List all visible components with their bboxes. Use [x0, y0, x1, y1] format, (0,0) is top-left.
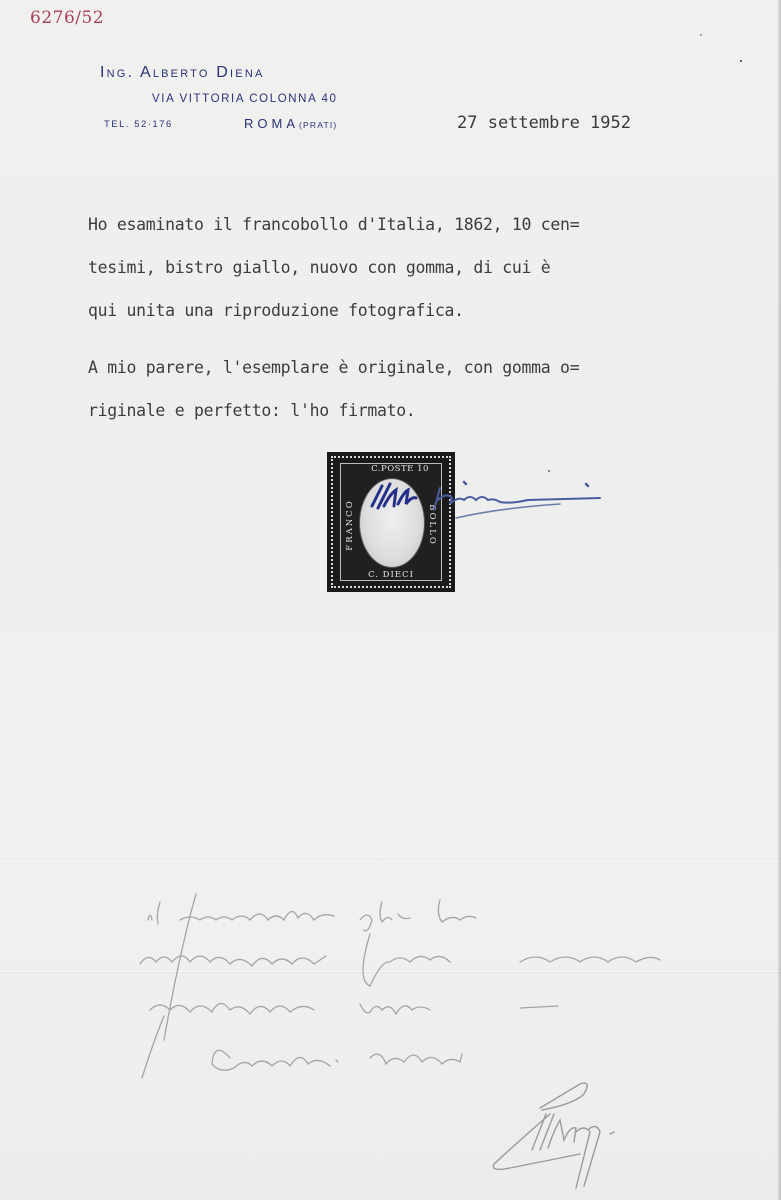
pencil-handwritten-note: il francobollo glie lo	[120, 890, 760, 1090]
paper-speck	[700, 34, 702, 36]
text-line: tesimi, bistro giallo, nuovo con gomma, …	[88, 246, 579, 289]
pencil-note-transcript: il francobollo glie lo consegnerà dalla …	[0, 0, 1, 1]
certificate-page: 6276/52 Ing. Alberto Diena VIA VITTORIA …	[0, 0, 781, 1200]
letterhead-district: (PRATI)	[299, 120, 337, 130]
letterhead-name: Ing. Alberto Diena	[100, 64, 265, 82]
paper-fold-line	[0, 857, 781, 859]
paragraph-opinion: A mio parere, l'esemplare è originale, c…	[88, 346, 579, 432]
letterhead-city-block: ROMA(PRATI)	[244, 116, 337, 131]
stamp-left-label: FRANCO	[345, 490, 355, 560]
letterhead-address: VIA VITTORIA COLONNA 40	[152, 93, 338, 105]
text-line: qui unita una riproduzione fotografica.	[88, 289, 579, 332]
stamp-bottom-label: C. DIECI	[341, 570, 441, 580]
paragraph-examination: Ho esaminato il francobollo d'Italia, 18…	[88, 203, 579, 332]
paper-speck	[740, 60, 742, 62]
text-line: Ho esaminato il francobollo d'Italia, 18…	[88, 203, 579, 246]
text-line: A mio parere, l'esemplare è originale, c…	[88, 346, 579, 389]
ink-signature: A. Diena	[360, 468, 610, 538]
text-line: riginale e perfetto: l'ho firmato.	[88, 389, 579, 432]
letterhead-telephone: TEL. 52·176	[104, 119, 173, 130]
paper-speck	[548, 470, 550, 472]
pencil-signature: Emilio Diena (pencil signature)	[480, 1070, 680, 1190]
letterhead-city: ROMA	[244, 116, 299, 131]
document-date: 27 settembre 1952	[457, 113, 631, 133]
reference-number: 6276/52	[30, 8, 104, 28]
paper-edge-shadow	[777, 0, 781, 1200]
